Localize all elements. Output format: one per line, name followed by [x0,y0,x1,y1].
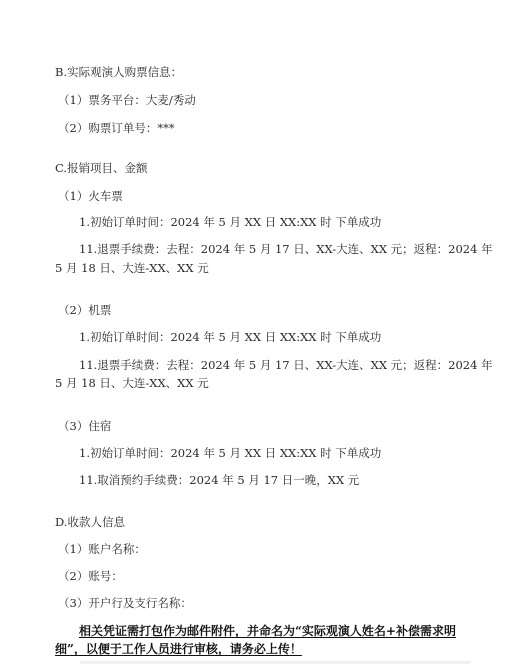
section-b-heading: B.实际观演人购票信息： [55,65,182,79]
flight-refund-fee: 11.退票手续费：去程：2024 年 5 月 17 日、XX-大连、XX 元；返… [79,358,493,372]
section-d-account-number: （2）账号： [58,569,123,583]
lodging-order-time: 1.初始订单时间：2024 年 5 月 XX 日 XX:XX 时 下单成功 [79,446,381,460]
section-d-bank-branch: （3）开户行及支行名称： [58,596,192,610]
train-ticket-title: （1）火车票 [58,189,123,203]
section-d-account-name: （1）账户名称： [58,542,146,556]
lodging-title: （3）住宿 [58,419,111,433]
flight-ticket-title: （2）机票 [58,303,111,317]
section-d-heading: D.收款人信息 [55,515,125,529]
faint-next-line [80,661,470,664]
section-c-heading: C.报销项目、金额 [55,161,148,175]
train-refund-fee-continued: 5 月 18 日、大连-XX、XX 元 [55,261,209,275]
train-refund-fee: 11.退票手续费：去程：2024 年 5 月 17 日、XX-大连、XX 元；返… [79,242,493,256]
lodging-cancel-fee: 11.取消预约手续费：2024 年 5 月 17 日一晚，XX 元 [79,473,359,487]
train-order-time: 1.初始订单时间：2024 年 5 月 XX 日 XX:XX 时 下单成功 [79,215,381,229]
section-b-item-platform: （1）票务平台：大麦/秀动 [58,93,196,107]
notice-line-2: 细”，以便于工作人员进行审核，请务必上传！ [55,642,302,656]
flight-refund-fee-continued: 5 月 18 日、大连-XX、XX 元 [55,376,209,390]
notice-line-1: 相关凭证需打包作为邮件附件，并命名为“实际观演人姓名+补偿需求明 [79,624,456,638]
section-b-item-order-number: （2）购票订单号：*** [58,121,175,135]
flight-order-time: 1.初始订单时间：2024 年 5 月 XX 日 XX:XX 时 下单成功 [79,330,381,344]
